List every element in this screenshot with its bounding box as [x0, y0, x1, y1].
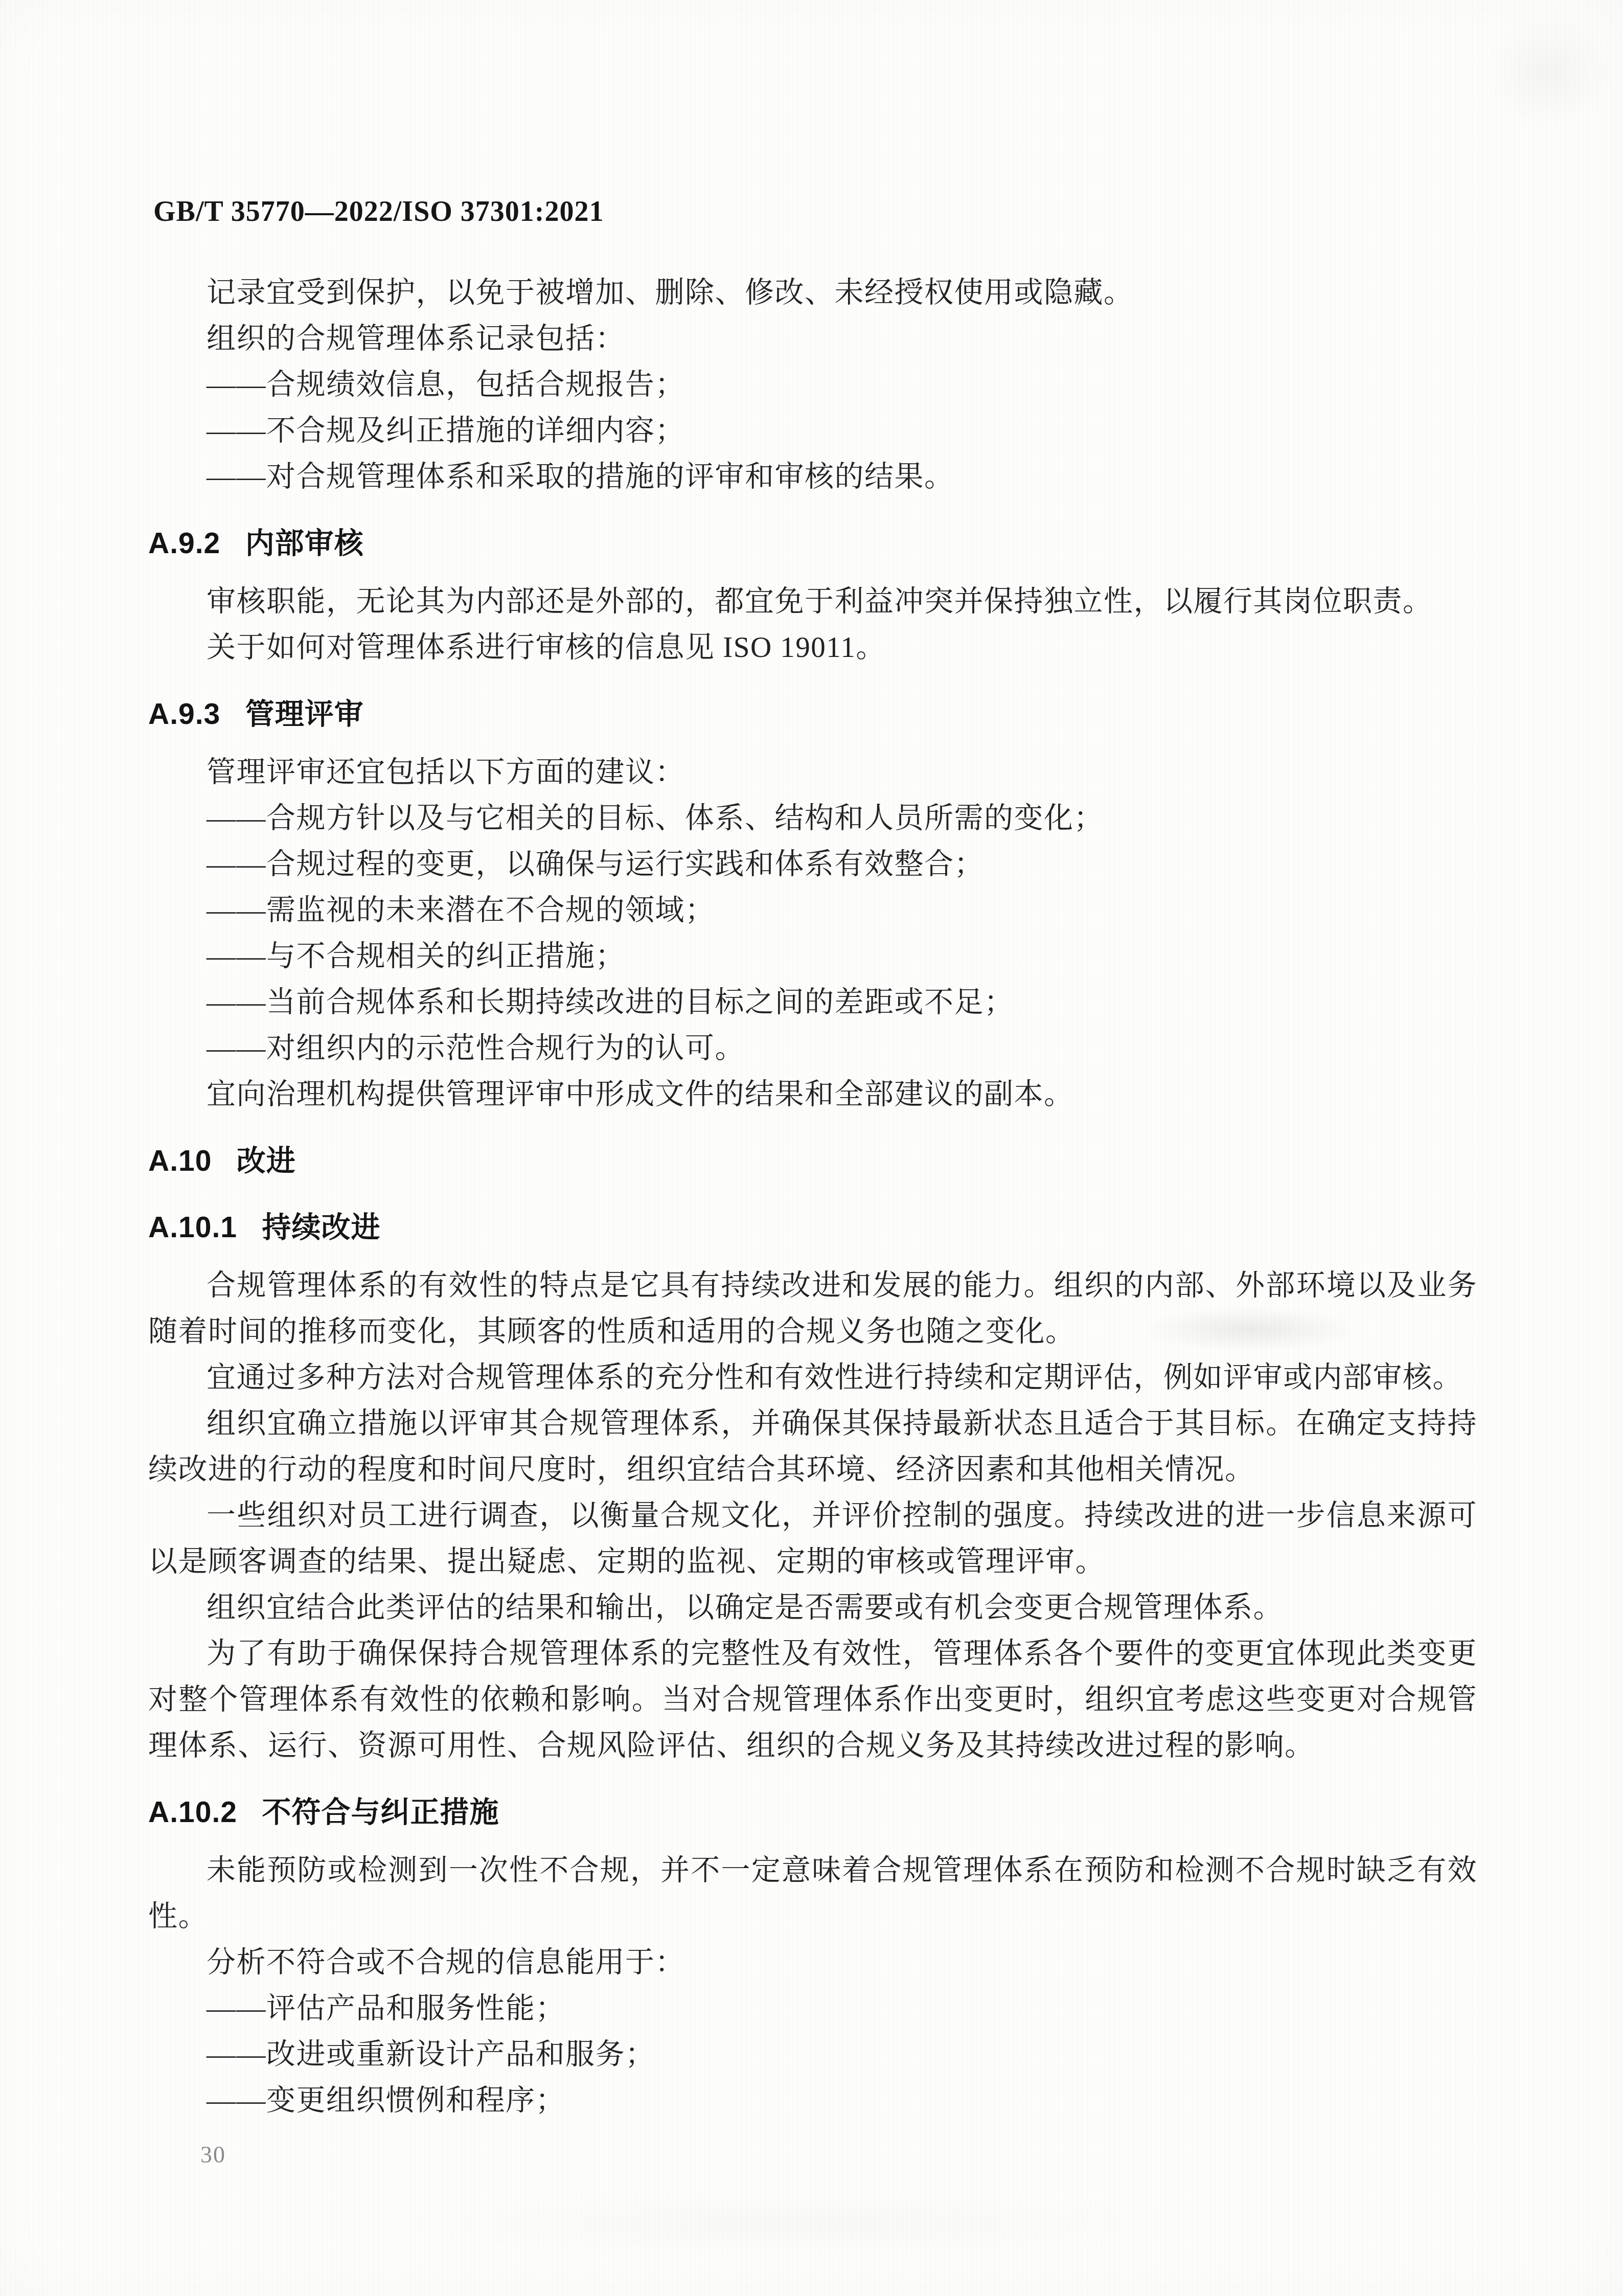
list-item-review-3: ——需监视的未来潜在不合规的领域； — [148, 888, 1477, 934]
para-nc-1: 未能预防或检测到一次性不合规，并不一定意味着合规管理体系在预防和检测不合规时缺乏… — [148, 1848, 1477, 1940]
standard-number: GB/T 35770—2022/ISO 37301:2021 — [153, 195, 604, 228]
para-audit-reference: 关于如何对管理体系进行审核的信息见 ISO 19011。 — [148, 625, 1477, 671]
list-item-review-6: ——对组织内的示范性合规行为的认可。 — [148, 1026, 1477, 1072]
list-item-nc-1: ——评估产品和服务性能； — [148, 1986, 1477, 2032]
section-heading-internal-audit: A.9.2内部审核 — [148, 520, 1477, 566]
section-title: 改进 — [237, 1145, 296, 1177]
list-item-nc-3: ——变更组织惯例和程序； — [148, 2078, 1477, 2124]
para-ci-2: 宜通过多种方法对合规管理体系的充分性和有效性进行持续和定期评估，例如评审或内部审… — [148, 1355, 1477, 1401]
section-heading-nonconformity: A.10.2不符合与纠正措施 — [148, 1789, 1477, 1835]
list-item-review-5: ——当前合规体系和长期持续改进的目标之间的差距或不足； — [148, 980, 1477, 1026]
scan-smudge — [1482, 10, 1615, 133]
section-number: A.9.3 — [148, 698, 220, 731]
list-item-records-3: ——对合规管理体系和采取的措施的评审和审核的结果。 — [148, 454, 1477, 500]
list-item-review-2: ——合规过程的变更，以确保与运行实践和体系有效整合； — [148, 842, 1477, 888]
list-item-review-4: ——与不合规相关的纠正措施； — [148, 934, 1477, 980]
para-audit-function: 审核职能，无论其为内部还是外部的，都宜免于利益冲突并保持独立性，以履行其岗位职责… — [148, 579, 1477, 625]
para-records-protection: 记录宜受到保护，以免于被增加、删除、修改、未经授权使用或隐藏。 — [148, 270, 1477, 316]
list-item-records-2: ——不合规及纠正措施的详细内容； — [148, 408, 1477, 454]
document-page: GB/T 35770—2022/ISO 37301:2021 记录宜受到保护，以… — [0, 0, 1623, 2296]
para-ci-3: 组织宜确立措施以评审其合规管理体系，并确保其保持最新状态且适合于其目标。在确定支… — [148, 1401, 1477, 1493]
para-ci-5: 组织宜结合此类评估的结果和输出，以确定是否需要或有机会变更合规管理体系。 — [148, 1585, 1477, 1631]
section-title: 不符合与纠正措施 — [262, 1796, 499, 1829]
section-title: 内部审核 — [245, 527, 364, 560]
section-number: A.10.1 — [148, 1211, 237, 1244]
list-item-review-1: ——合规方针以及与它相关的目标、体系、结构和人员所需的变化； — [148, 795, 1477, 842]
list-item-nc-2: ——改进或重新设计产品和服务； — [148, 2032, 1477, 2078]
section-heading-improvement: A.10改进 — [148, 1138, 1477, 1184]
section-title: 管理评审 — [245, 698, 364, 731]
para-ci-1: 合规管理体系的有效性的特点是它具有持续改进和发展的能力。组织的内部、外部环境以及… — [148, 1263, 1477, 1355]
para-ci-6: 为了有助于确保保持合规管理体系的完整性及有效性，管理体系各个要件的变更宜体现此类… — [148, 1631, 1477, 1769]
page-body: 记录宜受到保护，以免于被增加、删除、修改、未经授权使用或隐藏。 组织的合规管理体… — [148, 270, 1477, 2124]
para-ci-4: 一些组织对员工进行调查，以衡量合规文化，并评价控制的强度。持续改进的进一步信息来… — [148, 1493, 1477, 1585]
list-item-records-1: ——合规绩效信息，包括合规报告； — [148, 362, 1477, 408]
section-heading-management-review: A.9.3管理评审 — [148, 691, 1477, 737]
section-heading-continual-improvement: A.10.1持续改进 — [148, 1204, 1477, 1251]
section-number: A.9.2 — [148, 527, 220, 560]
page-number: 30 — [200, 2141, 226, 2168]
section-number: A.10 — [148, 1145, 212, 1177]
para-review-copy: 宜向治理机构提供管理评审中形成文件的结果和全部建议的副本。 — [148, 1072, 1477, 1118]
para-review-intro: 管理评审还宜包括以下方面的建议： — [148, 749, 1477, 795]
section-title: 持续改进 — [262, 1211, 380, 1244]
section-number: A.10.2 — [148, 1796, 237, 1829]
para-records-includes: 组织的合规管理体系记录包括： — [148, 316, 1477, 362]
para-nc-2: 分析不符合或不合规的信息能用于： — [148, 1940, 1477, 1986]
scan-smudge — [358, 2188, 1227, 2260]
